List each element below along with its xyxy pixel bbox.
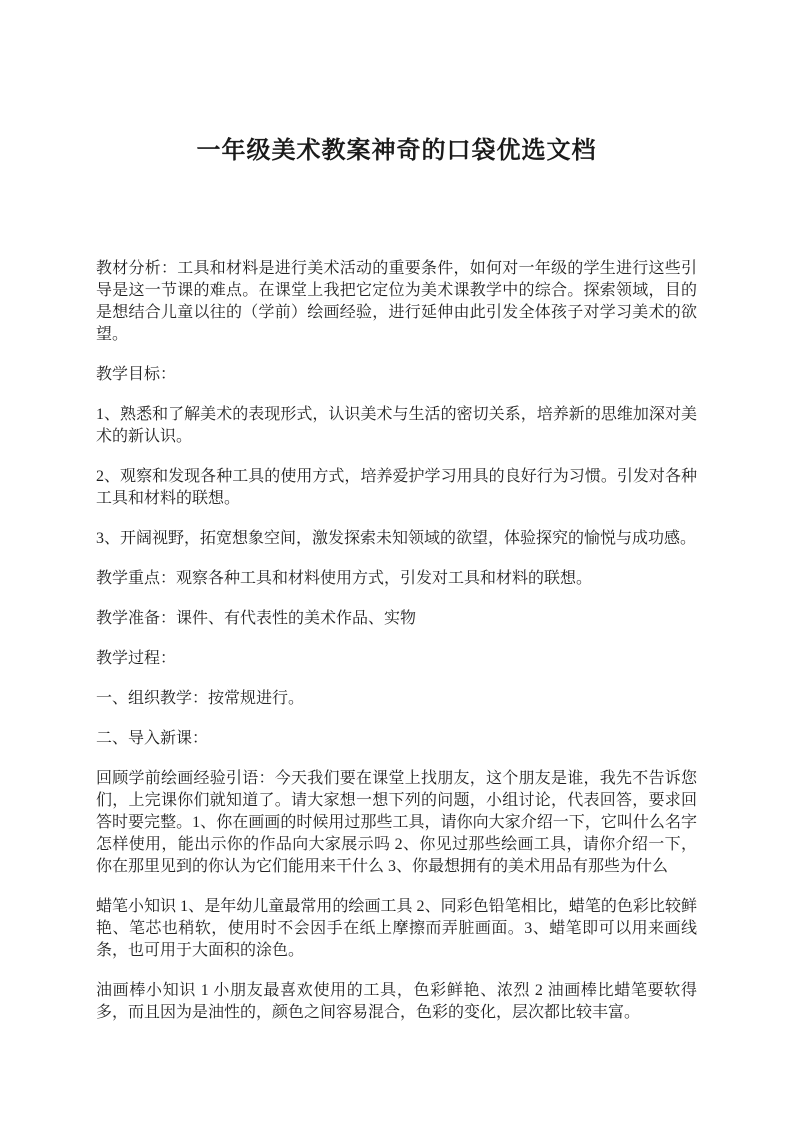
- paragraph-oil-pastel-tips: 油画棒小知识 1 小朋友最喜欢使用的工具，色彩鲜艳、浓烈 2 油画棒比蜡笔要软得…: [96, 980, 697, 1024]
- document-body: 教材分析：工具和材料是进行美术活动的重要条件，如何对一年级的学生进行这些引导是这…: [96, 258, 697, 1024]
- paragraph-review-experience: 回顾学前绘画经验引语：今天我们要在课堂上找朋友，这个朋友是谁，我先不告诉您们，上…: [96, 768, 697, 878]
- paragraph-material-analysis: 教材分析：工具和材料是进行美术活动的重要条件，如何对一年级的学生进行这些引导是这…: [96, 258, 697, 346]
- paragraph-teaching-goals-heading: 教学目标：: [96, 364, 697, 386]
- paragraph-crayon-tips: 蜡笔小知识 1、是年幼儿童最常用的绘画工具 2、同彩色铅笔相比，蜡笔的色彩比较鲜…: [96, 896, 697, 962]
- paragraph-teaching-process-heading: 教学过程：: [96, 648, 697, 670]
- paragraph-goal-1: 1、熟悉和了解美术的表现形式，认识美术与生活的密切关系，培养新的思维加深对美术的…: [96, 404, 697, 448]
- paragraph-teaching-preparation: 教学准备：课件、有代表性的美术作品、实物: [96, 608, 697, 630]
- paragraph-goal-3: 3、开阔视野，拓宽想象空间，激发探索未知领域的欲望，体验探究的愉悦与成功感。: [96, 528, 697, 550]
- paragraph-teaching-focus: 教学重点：观察各种工具和材料使用方式，引发对工具和材料的联想。: [96, 568, 697, 590]
- document-page: 一年级美术教案神奇的口袋优选文档 教材分析：工具和材料是进行美术活动的重要条件，…: [0, 0, 793, 1122]
- paragraph-step-2-intro: 二、导入新课：: [96, 728, 697, 750]
- paragraph-step-1-organize: 一、组织教学：按常规进行。: [96, 688, 697, 710]
- page-title: 一年级美术教案神奇的口袋优选文档: [96, 134, 697, 168]
- paragraph-goal-2: 2、观察和发现各种工具的使用方式，培养爱护学习用具的良好行为习惯。引发对各种工具…: [96, 466, 697, 510]
